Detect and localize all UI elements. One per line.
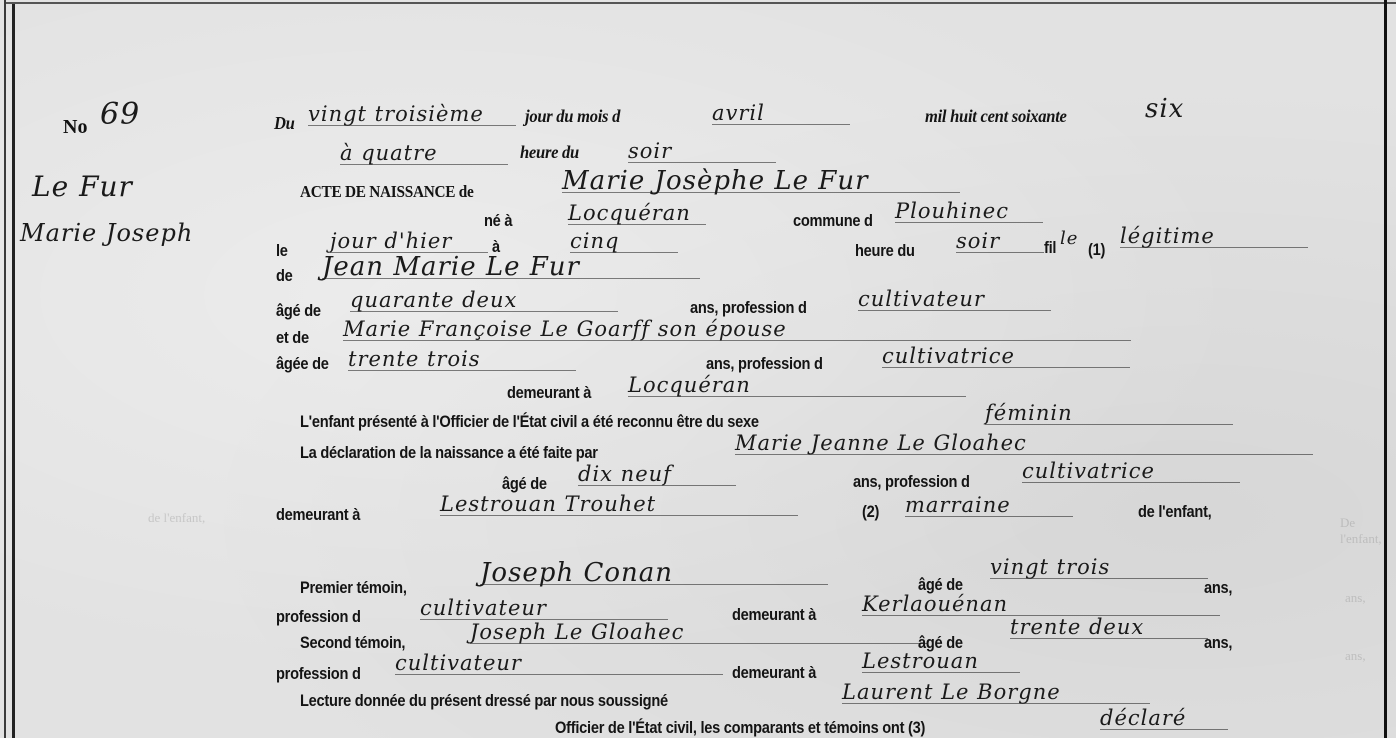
declarant-age: dix neuf xyxy=(578,463,736,486)
left-border-rule xyxy=(4,0,6,738)
born-label: né à xyxy=(484,211,512,231)
witness2-profession-label: profession d xyxy=(276,664,361,684)
act-title-label: ACTE DE NAISSANCE de xyxy=(300,182,474,202)
witness2-ans: ans, xyxy=(1204,633,1232,653)
time-label: heure du xyxy=(520,142,579,163)
date-mid-label: jour du mois d xyxy=(525,106,620,127)
witness2-residence: Lestrouan xyxy=(862,650,1020,673)
date-month: avril xyxy=(712,102,850,125)
residence-value: Locquéran xyxy=(628,374,966,397)
note-1: (1) xyxy=(1088,240,1105,260)
witness1-profession-label: profession d xyxy=(276,607,361,627)
birth-place: Locquéran xyxy=(568,202,706,225)
father-profession-label: ans, profession d xyxy=(690,298,807,318)
sex-value: féminin xyxy=(985,402,1233,425)
margin-surname: Le Fur xyxy=(32,176,151,198)
birth-hour: cinq xyxy=(570,230,678,253)
bleed-through-text: ans, xyxy=(1345,648,1366,664)
declarant-relation: marraine xyxy=(905,494,1073,517)
mother-profession-label: ans, profession d xyxy=(706,354,823,374)
witness1-age: vingt trois xyxy=(990,556,1208,579)
act-number-label: No xyxy=(63,116,87,139)
declarant-profession-label: ans, profession d xyxy=(853,472,970,492)
mother-et-de-label: et de xyxy=(276,328,309,348)
date-day: vingt troisième xyxy=(308,103,516,126)
child-name: Marie Josèphe Le Fur xyxy=(562,170,960,193)
fil-label: fil xyxy=(1044,238,1056,258)
birth-day: jour d'hier xyxy=(330,230,488,253)
bleed-through-text: de l'enfant, xyxy=(148,510,205,526)
witness1-name: Joseph Conan xyxy=(480,562,828,585)
mother-profession: cultivatrice xyxy=(882,345,1130,368)
witness2-profession: cultivateur xyxy=(395,652,723,675)
witness2-residence-label: demeurant à xyxy=(732,663,816,683)
declarant-profession: cultivatrice xyxy=(1022,460,1240,483)
sex-label: L'enfant présenté à l'Officier de l'État… xyxy=(300,412,759,432)
commune-label: commune d xyxy=(793,211,873,231)
mother-age: trente trois xyxy=(348,348,576,371)
father-name: Jean Marie Le Fur xyxy=(322,256,700,279)
father-de-label: de xyxy=(276,266,293,286)
right-border-rule xyxy=(1384,0,1387,738)
declarant-residence-label: demeurant à xyxy=(276,505,360,525)
declarant-age-label: âgé de xyxy=(502,474,547,494)
top-border-rule xyxy=(4,2,1396,4)
birth-period: soir xyxy=(956,230,1044,253)
declarant-label: La déclaration de la naissance a été fai… xyxy=(300,443,598,463)
commune: Plouhinec xyxy=(895,200,1043,223)
margin-given-names: Marie Joseph xyxy=(20,222,211,244)
declarant-relation-suffix: de l'enfant, xyxy=(1138,502,1211,522)
witness2-age: trente deux xyxy=(1010,616,1208,639)
year-prefix: mil huit cent soixante xyxy=(925,106,1067,127)
witness1-label: Premier témoin, xyxy=(300,578,407,598)
date-prefix: Du xyxy=(274,113,295,134)
witness1-profession: cultivateur xyxy=(420,597,668,620)
note-2: (2) xyxy=(862,502,879,522)
closing-value: déclaré xyxy=(1100,707,1228,730)
declarant-residence: Lestrouan Trouhet xyxy=(440,493,798,516)
mother-name: Marie Françoise Le Goarff son épouse xyxy=(343,318,1131,341)
father-age-label: âgé de xyxy=(276,301,321,321)
father-profession: cultivateur xyxy=(858,288,1051,311)
time-hour: à quatre xyxy=(340,142,508,165)
year-suffix: six xyxy=(1145,98,1202,120)
witness2-name: Joseph Le Gloahec xyxy=(470,621,928,644)
bleed-through-text: ans, xyxy=(1345,590,1366,606)
witness1-residence: Kerlaouénan xyxy=(862,593,1220,616)
mother-age-label: âgée de xyxy=(276,354,329,374)
reading-label: Lecture donnée du présent dressé par nou… xyxy=(300,691,668,711)
left-border-rule-inner xyxy=(12,4,15,738)
father-age: quarante deux xyxy=(350,289,618,312)
time-period: soir xyxy=(628,140,776,163)
closing-label: Officier de l'État civil, les comparants… xyxy=(555,718,925,738)
hour-label: heure du xyxy=(855,241,915,261)
declarant-name: Marie Jeanne Le Gloahec xyxy=(735,432,1313,455)
le-label: le xyxy=(276,241,288,261)
bleed-through-text: De l'enfant, xyxy=(1340,515,1396,547)
act-number: 69 xyxy=(100,104,158,126)
register-page: De l'enfant, ans, ans, de l'enfant, No 6… xyxy=(0,0,1396,738)
legitimacy: légitime xyxy=(1120,225,1308,248)
officer-name: Laurent Le Borgne xyxy=(842,681,1150,704)
residence-label: demeurant à xyxy=(507,383,591,403)
witness2-label: Second témoin, xyxy=(300,633,405,653)
